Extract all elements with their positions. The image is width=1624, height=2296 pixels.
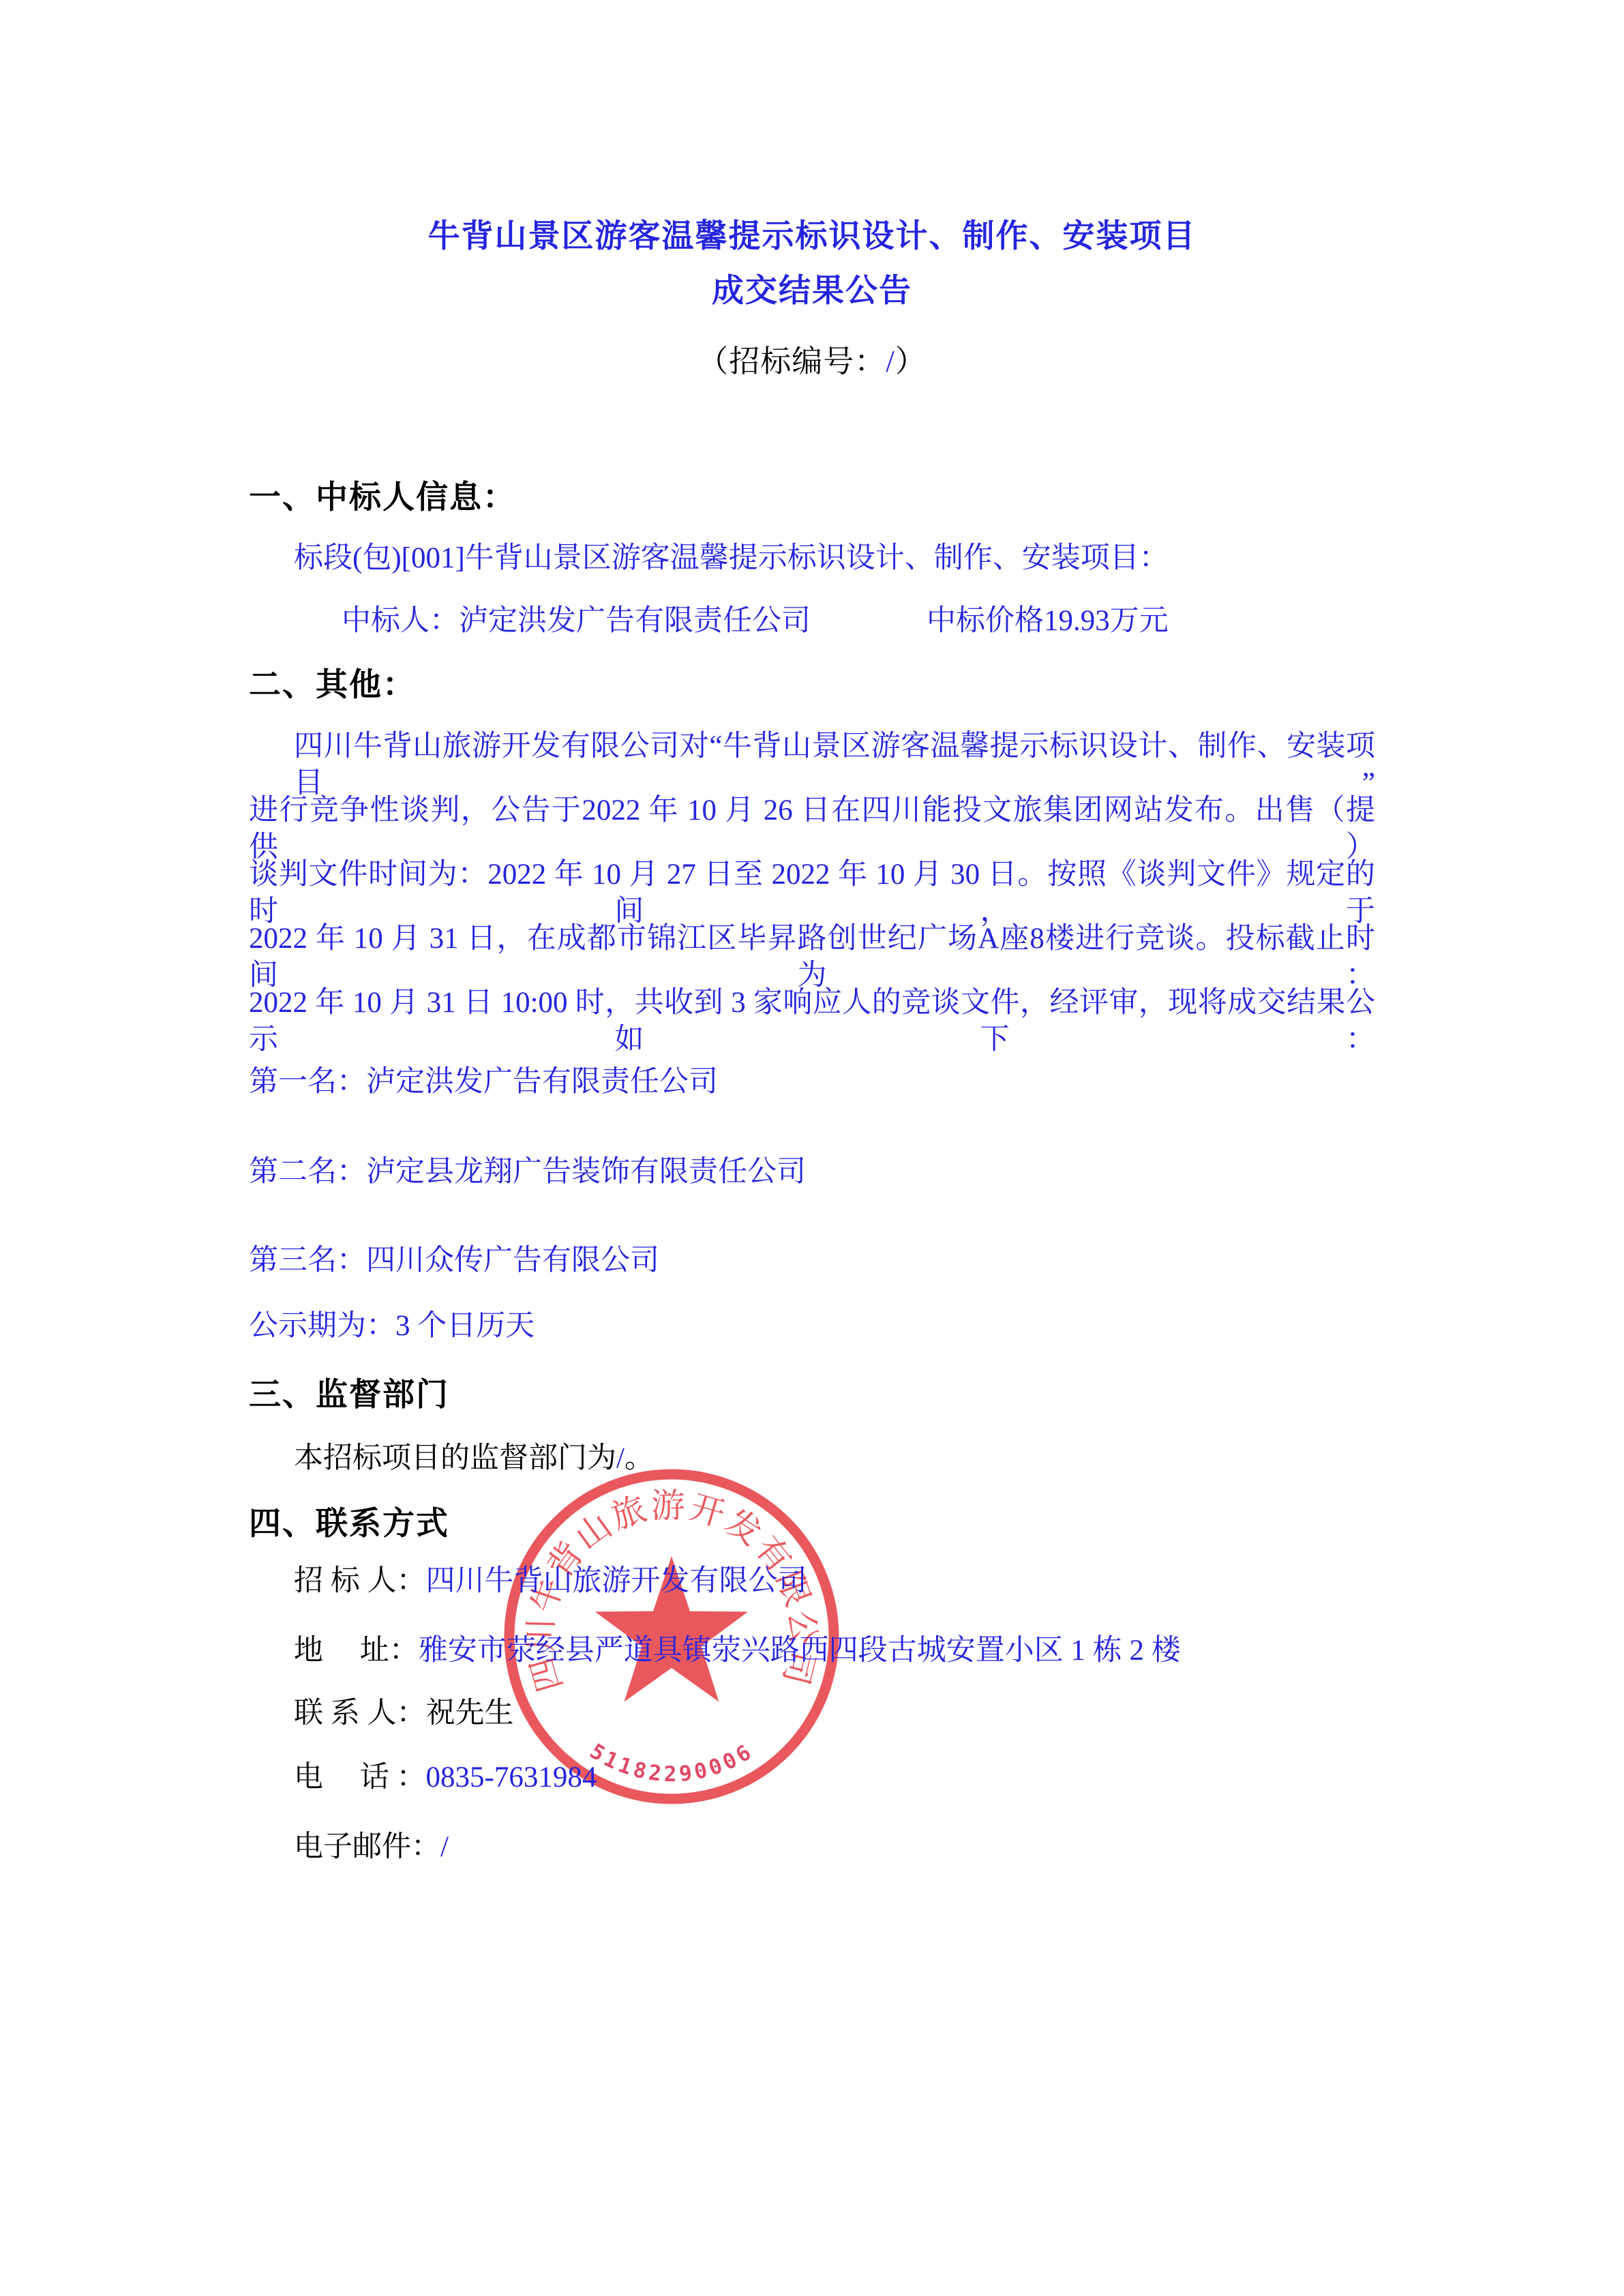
section2-heading: 二、其他：	[249, 665, 1375, 705]
contact-row-tenderer: 招 标 人：四川牛背山旅游开发有限公司	[249, 1563, 1375, 1600]
winner-price: 中标价格19.93万元	[927, 605, 1169, 637]
contact-label: 电 话 ：	[294, 1761, 426, 1793]
supervision-prefix: 本招标项目的监督部门为	[294, 1442, 616, 1474]
contact-label: 招 标 人：	[294, 1565, 426, 1597]
section3-heading: 三、监督部门	[249, 1375, 1375, 1415]
winner-name: 中标人：泸定洪发广告有限责任公司	[342, 605, 811, 637]
section2-paragraph-line5: 2022 年 10 月 31 日 10:00 时，共收到 3 家响应人的竞谈文件…	[249, 985, 1375, 1058]
ranking-third: 第三名：四川众传广告有限公司	[249, 1242, 1375, 1279]
section1-winner-line: 中标人：泸定洪发广告有限责任公司中标价格19.93万元	[249, 603, 1375, 640]
contact-value: 祝先生	[426, 1697, 514, 1729]
contact-row-person: 联 系 人：祝先生	[249, 1695, 1375, 1732]
publicity-period-line: 公示期为：3 个日历天	[249, 1308, 1375, 1345]
supervision-suffix: 。	[625, 1442, 654, 1474]
contact-row-email: 电子邮件：/	[249, 1829, 1375, 1866]
ranking-first: 第一名：泸定洪发广告有限责任公司	[249, 1064, 1375, 1101]
bid-number-value: /	[886, 344, 895, 378]
announcement-page: { "colors":{ "accent_blue":"#2424dd", "t…	[0, 0, 1624, 2296]
section3-body: 本招标项目的监督部门为/。	[249, 1440, 1375, 1477]
page-title-line1: 牛背山景区游客温馨提示标识设计、制作、安装项目	[249, 217, 1375, 257]
section1-lot-line: 标段(包)[001]牛背山景区游客温馨提示标识设计、制作、安装项目：	[249, 540, 1375, 577]
contact-label: 联 系 人：	[294, 1697, 426, 1729]
bid-number-line: （招标编号：/）	[249, 342, 1375, 381]
contact-row-address: 地 址：雅安市荥经县严道具镇荥兴路西四段古城安置小区 1 栋 2 楼	[249, 1632, 1375, 1669]
section4-heading: 四、联系方式	[249, 1504, 1375, 1544]
contact-label: 地 址：	[294, 1635, 419, 1667]
contact-value: /	[440, 1831, 449, 1863]
bid-number-suffix: ）	[895, 344, 927, 378]
contact-value: 0835-7631984	[426, 1761, 597, 1793]
bid-number-prefix: （招标编号：	[697, 344, 886, 378]
section2-paragraph-line3: 谈判文件时间为：2022 年 10 月 27 日至 2022 年 10 月 30…	[249, 856, 1375, 930]
contact-value: 四川牛背山旅游开发有限公司	[426, 1565, 807, 1597]
section2-paragraph-line2: 进行竞争性谈判，公告于2022 年 10 月 26 日在四川能投文旅集团网站发布…	[249, 792, 1375, 866]
ranking-second: 第二名：泸定县龙翔广告装饰有限责任公司	[249, 1154, 1375, 1191]
contact-row-phone: 电 话 ：0835-7631984	[249, 1759, 1375, 1796]
page-title-line2: 成交结果公告	[249, 271, 1375, 312]
section2-paragraph-line1: 四川牛背山旅游开发有限公司对“牛背山景区游客温馨提示标识设计、制作、安装项目”	[249, 728, 1375, 802]
contact-value: 雅安市荥经县严道具镇荥兴路西四段古城安置小区 1 栋 2 楼	[419, 1635, 1181, 1667]
document-body: 牛背山景区游客温馨提示标识设计、制作、安装项目 成交结果公告 （招标编号：/） …	[0, 0, 1624, 2296]
contact-label: 电子邮件：	[294, 1831, 440, 1863]
section1-heading: 一、中标人信息：	[249, 477, 1375, 518]
supervision-value: /	[616, 1442, 625, 1474]
section2-paragraph-line4: 2022 年 10 月 31 日，在成都市锦江区毕昇路创世纪广场A座8楼进行竞谈…	[249, 921, 1375, 994]
